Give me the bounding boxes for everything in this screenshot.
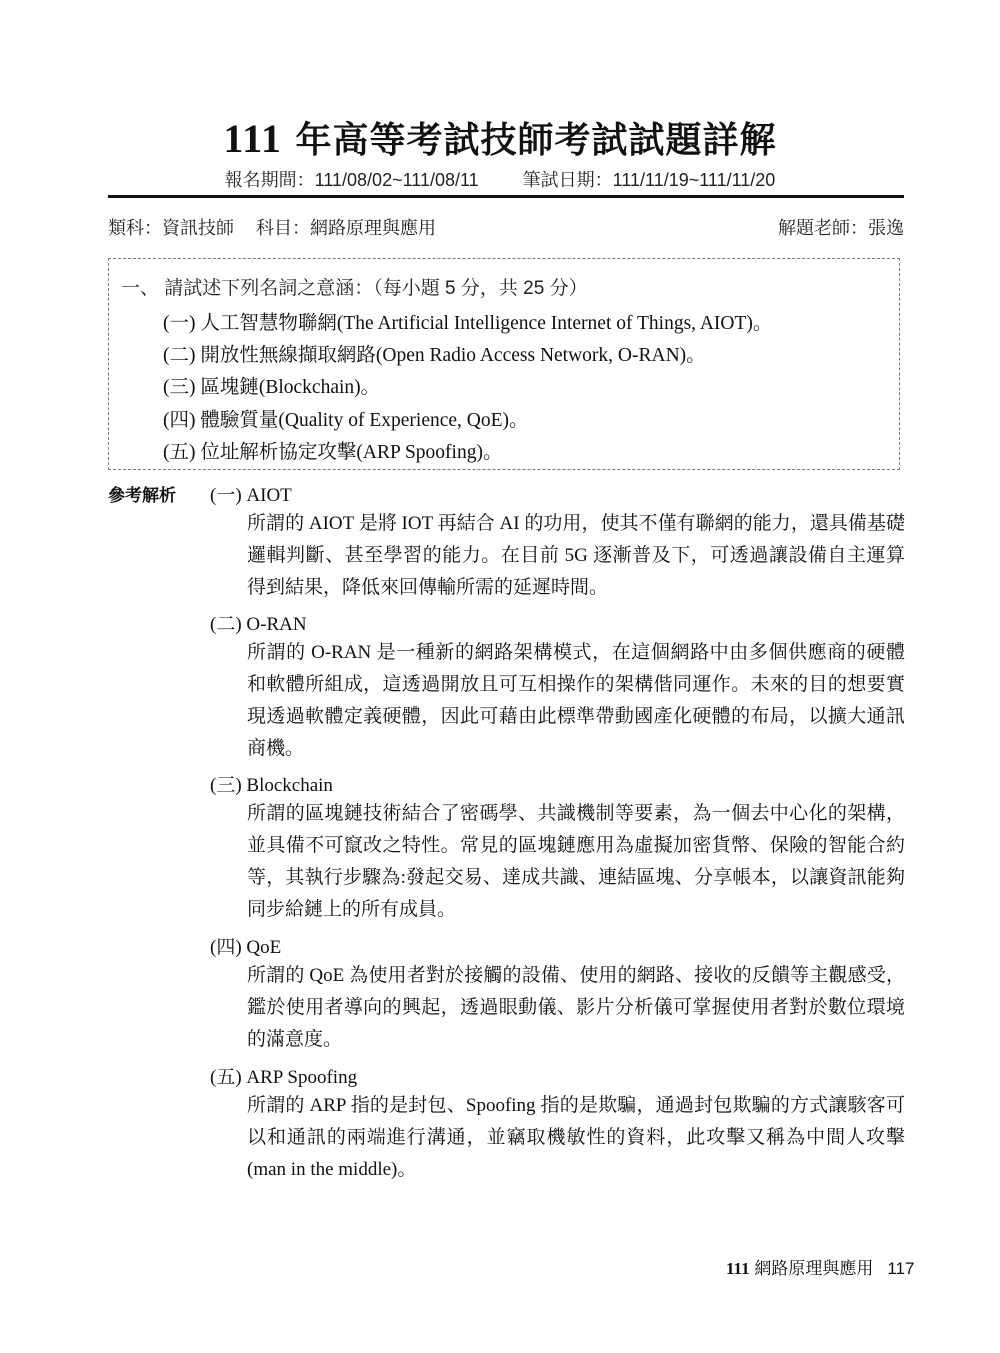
answer-label: 參考解析	[108, 481, 176, 506]
question-heading: 一、 請試述下列名詞之意涵：（每小題 5 分，共 25 分）	[121, 273, 588, 300]
answer-section-heading: (五) ARP Spoofing	[210, 1062, 357, 1089]
question-item: (二) 開放性無線擷取網路(Open Radio Access Network,…	[163, 339, 706, 367]
question-box: 一、 請試述下列名詞之意涵：（每小題 5 分，共 25 分） (一) 人工智慧物…	[108, 258, 900, 470]
answer-section-heading: (三) Blockchain	[210, 770, 333, 797]
exam-meta: 類科：資訊技師科目：網路原理與應用 解題老師：張逸	[108, 214, 904, 240]
category: 類科：資訊技師	[108, 218, 234, 238]
answer-section-heading: (四) QoE	[210, 932, 281, 959]
answer-paragraph: 所謂的 ARP 指的是封包、Spoofing 指的是欺騙，通過封包欺騙的方式讓駭…	[247, 1090, 905, 1186]
answer-paragraph: 所謂的 O-RAN 是一種新的網路架構模式，在這個網路中由多個供應商的硬體和軟體…	[247, 637, 905, 765]
header-divider	[108, 195, 904, 198]
question-item: (一) 人工智慧物聯網(The Artificial Intelligence …	[163, 307, 772, 335]
teacher: 解題老師：張逸	[778, 214, 904, 240]
question-item: (五) 位址解析協定攻擊(ARP Spoofing)。	[163, 436, 502, 464]
page-footer: 111 網路原理與應用117	[726, 1254, 914, 1279]
registration-period: 報名期間：111/08/02~111/08/11	[225, 170, 479, 190]
footer-subject: 網路原理與應用	[750, 1259, 874, 1278]
title-text: 年高等考試技師考試試題詳解	[282, 120, 777, 161]
answer-paragraph: 所謂的 QoE 為使用者對於接觸的設備、使用的網路、接收的反饋等主觀感受，鑑於使…	[247, 960, 905, 1056]
exam-date: 筆試日期：111/11/19~111/11/20	[523, 170, 776, 190]
answer-paragraph: 所謂的 AIOT 是將 IOT 再結合 AI 的功用，使其不僅有聯網的能力，還具…	[247, 508, 905, 604]
question-item: (四) 體驗質量(Quality of Experience, QoE)。	[163, 404, 529, 432]
exam-dates: 報名期間：111/08/02~111/08/11筆試日期：111/11/19~1…	[0, 166, 1000, 192]
page-number: 117	[887, 1259, 914, 1278]
footer-year: 111	[726, 1259, 750, 1278]
question-item: (三) 區塊鏈(Blockchain)。	[163, 371, 380, 399]
subject: 科目：網路原理與應用	[256, 218, 436, 238]
answer-paragraph: 所謂的區塊鏈技術結合了密碼學、共識機制等要素，為一個去中心化的架構，並具備不可竄…	[247, 798, 905, 926]
page-title: 111 年高等考試技師考試試題詳解	[0, 112, 1000, 163]
answer-section-heading: (二) O-RAN	[210, 609, 307, 636]
title-year: 111	[223, 116, 282, 161]
answer-section-heading: (一) AIOT	[210, 480, 292, 507]
